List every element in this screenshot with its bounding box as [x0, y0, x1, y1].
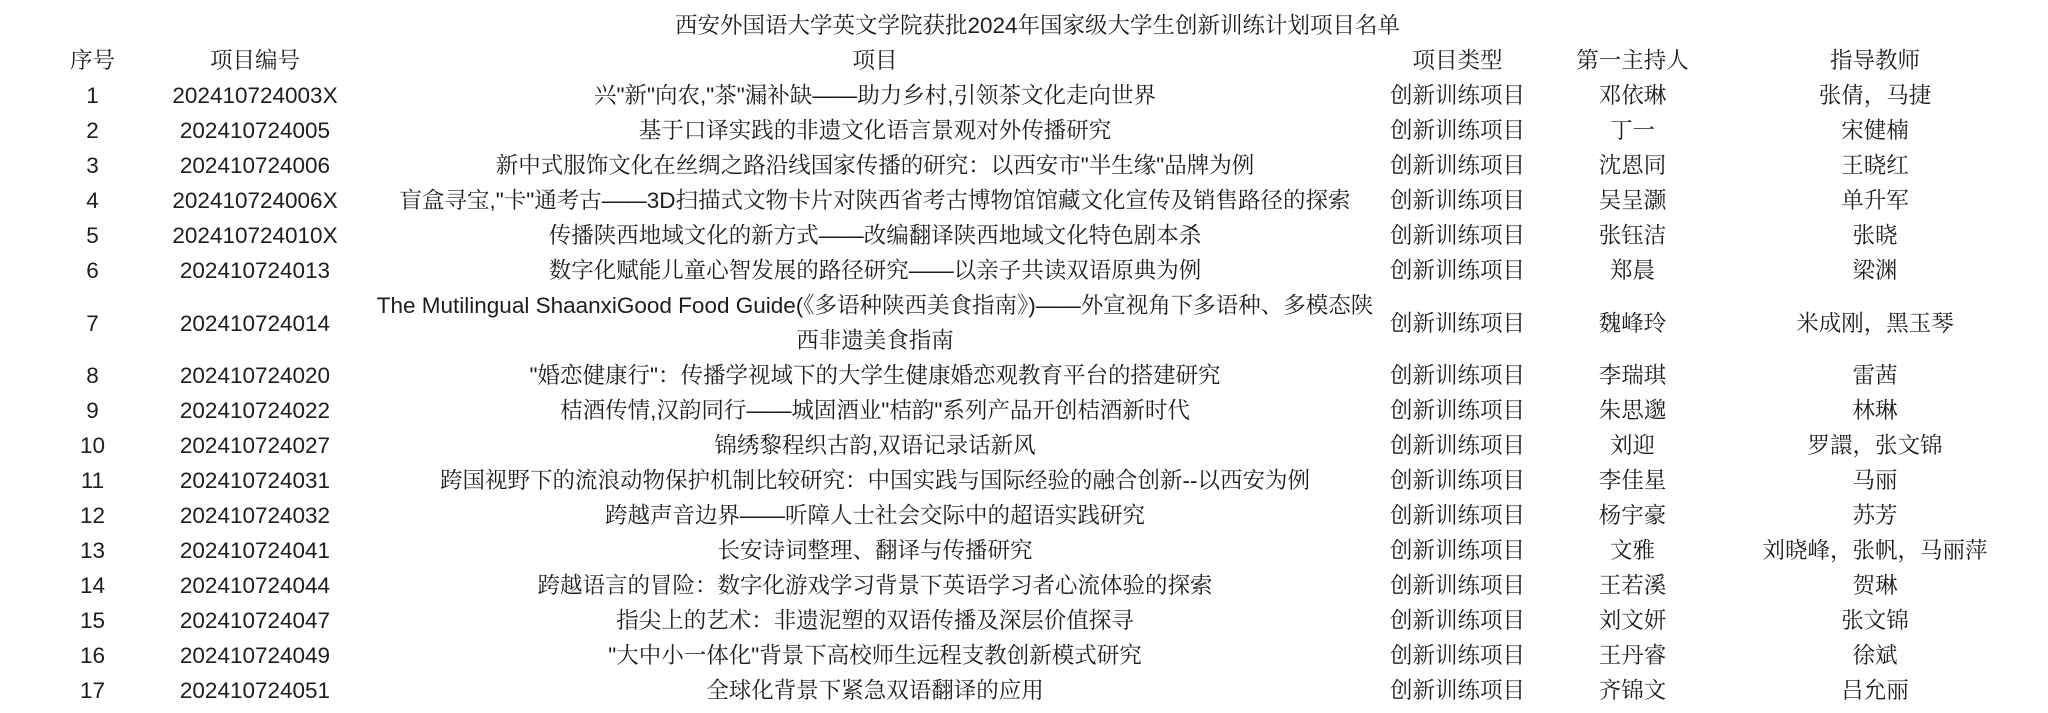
table-row: 14202410724044跨越语言的冒险：数字化游戏学习背景下英语学习者心流体…	[50, 568, 2025, 603]
project-type-cell: 创新训练项目	[1375, 428, 1540, 463]
header-project-type: 项目类型	[1375, 43, 1540, 78]
row-number-cell: 12	[50, 498, 135, 533]
first-host-cell: 李佳星	[1540, 463, 1725, 498]
advisor-cell: 宋健楠	[1725, 113, 2025, 148]
first-host-cell: 王若溪	[1540, 568, 1725, 603]
header-row-number: 序号	[50, 43, 135, 78]
document-page: 西安外国语大学英文学院获批2024年国家级大学生创新训练计划项目名单 序号 项目…	[0, 0, 2048, 708]
row-number-cell: 3	[50, 148, 135, 183]
page-title: 西安外国语大学英文学院获批2024年国家级大学生创新训练计划项目名单	[50, 8, 2025, 43]
advisor-cell: 米成刚，黑玉琴	[1725, 288, 2025, 358]
advisor-cell: 林琳	[1725, 393, 2025, 428]
project-type-cell: 创新训练项目	[1375, 498, 1540, 533]
project-id-cell: 202410724047	[135, 603, 375, 638]
project-name-cell: 锦绣黎程织古韵,双语记录话新风	[375, 428, 1375, 463]
table-row: 8202410724020"婚恋健康行"：传播学视域下的大学生健康婚恋观教育平台…	[50, 358, 2025, 393]
table-row: 7202410724014The Mutilingual ShaanxiGood…	[50, 288, 2025, 358]
project-id-cell: 202410724044	[135, 568, 375, 603]
project-id-cell: 202410724027	[135, 428, 375, 463]
project-id-cell: 202410724051	[135, 673, 375, 708]
table-row: 6202410724013数字化赋能儿童心智发展的路径研究——以亲子共读双语原典…	[50, 253, 2025, 288]
project-name-cell: "婚恋健康行"：传播学视域下的大学生健康婚恋观教育平台的搭建研究	[375, 358, 1375, 393]
projects-table-header: 序号 项目编号 项目 项目类型 第一主持人 指导教师	[50, 43, 2025, 78]
header-first-host: 第一主持人	[1540, 43, 1725, 78]
table-row: 11202410724031跨国视野下的流浪动物保护机制比较研究：中国实践与国际…	[50, 463, 2025, 498]
header-project-name: 项目	[375, 43, 1375, 78]
header-advisor: 指导教师	[1725, 43, 2025, 78]
project-type-cell: 创新训练项目	[1375, 673, 1540, 708]
project-id-cell: 202410724010X	[135, 218, 375, 253]
advisor-cell: 吕允丽	[1725, 673, 2025, 708]
advisor-cell: 张文锦	[1725, 603, 2025, 638]
project-name-cell: 跨越声音边界——听障人士社会交际中的超语实践研究	[375, 498, 1375, 533]
project-type-cell: 创新训练项目	[1375, 148, 1540, 183]
row-number-cell: 15	[50, 603, 135, 638]
project-name-cell: 基于口译实践的非遗文化语言景观对外传播研究	[375, 113, 1375, 148]
project-name-cell: 兴"新"向农,"茶"漏补缺——助力乡村,引领茶文化走向世界	[375, 78, 1375, 113]
project-id-cell: 202410724041	[135, 533, 375, 568]
row-number-cell: 11	[50, 463, 135, 498]
first-host-cell: 魏峰玲	[1540, 288, 1725, 358]
project-name-cell: "大中小一体化"背景下高校师生远程支教创新模式研究	[375, 638, 1375, 673]
advisor-cell: 罗譞，张文锦	[1725, 428, 2025, 463]
first-host-cell: 张钰洁	[1540, 218, 1725, 253]
project-id-cell: 202410724014	[135, 288, 375, 358]
project-name-cell: 指尖上的艺术：非遗泥塑的双语传播及深层价值探寻	[375, 603, 1375, 638]
table-row: 2202410724005基于口译实践的非遗文化语言景观对外传播研究创新训练项目…	[50, 113, 2025, 148]
table-row: 9202410724022桔酒传情,汉韵同行——城固酒业"桔韵"系列产品开创桔酒…	[50, 393, 2025, 428]
project-type-cell: 创新训练项目	[1375, 393, 1540, 428]
row-number-cell: 4	[50, 183, 135, 218]
project-name-cell: 新中式服饰文化在丝绸之路沿线国家传播的研究：以西安市"半生缘"品牌为例	[375, 148, 1375, 183]
row-number-cell: 5	[50, 218, 135, 253]
row-number-cell: 14	[50, 568, 135, 603]
projects-table: 序号 项目编号 项目 项目类型 第一主持人 指导教师 1202410724003…	[50, 43, 2025, 708]
table-row: 4202410724006X盲盒寻宝,"卡"通考古——3D扫描式文物卡片对陕西省…	[50, 183, 2025, 218]
project-type-cell: 创新训练项目	[1375, 638, 1540, 673]
first-host-cell: 郑晨	[1540, 253, 1725, 288]
table-row: 16202410724049"大中小一体化"背景下高校师生远程支教创新模式研究创…	[50, 638, 2025, 673]
project-name-cell: The Mutilingual ShaanxiGood Food Guide(《…	[375, 288, 1375, 358]
first-host-cell: 文雅	[1540, 533, 1725, 568]
row-number-cell: 9	[50, 393, 135, 428]
project-id-cell: 202410724006X	[135, 183, 375, 218]
table-row: 17202410724051全球化背景下紧急双语翻译的应用创新训练项目齐锦文吕允…	[50, 673, 2025, 708]
row-number-cell: 7	[50, 288, 135, 358]
project-name-cell: 跨国视野下的流浪动物保护机制比较研究：中国实践与国际经验的融合创新--以西安为例	[375, 463, 1375, 498]
first-host-cell: 刘文妍	[1540, 603, 1725, 638]
table-row: 10202410724027锦绣黎程织古韵,双语记录话新风创新训练项目刘迎罗譞，…	[50, 428, 2025, 463]
first-host-cell: 刘迎	[1540, 428, 1725, 463]
project-name-cell: 全球化背景下紧急双语翻译的应用	[375, 673, 1375, 708]
project-type-cell: 创新训练项目	[1375, 253, 1540, 288]
first-host-cell: 吴呈灏	[1540, 183, 1725, 218]
advisor-cell: 王晓红	[1725, 148, 2025, 183]
first-host-cell: 李瑞琪	[1540, 358, 1725, 393]
row-number-cell: 16	[50, 638, 135, 673]
project-type-cell: 创新训练项目	[1375, 463, 1540, 498]
project-type-cell: 创新训练项目	[1375, 113, 1540, 148]
first-host-cell: 朱思邈	[1540, 393, 1725, 428]
projects-table-body: 1202410724003X兴"新"向农,"茶"漏补缺——助力乡村,引领茶文化走…	[50, 78, 2025, 708]
advisor-cell: 单升军	[1725, 183, 2025, 218]
project-type-cell: 创新训练项目	[1375, 603, 1540, 638]
project-type-cell: 创新训练项目	[1375, 568, 1540, 603]
advisor-cell: 马丽	[1725, 463, 2025, 498]
row-number-cell: 13	[50, 533, 135, 568]
row-number-cell: 1	[50, 78, 135, 113]
project-id-cell: 202410724006	[135, 148, 375, 183]
table-row: 5202410724010X传播陕西地域文化的新方式——改编翻译陕西地域文化特色…	[50, 218, 2025, 253]
advisor-cell: 苏芳	[1725, 498, 2025, 533]
project-id-cell: 202410724022	[135, 393, 375, 428]
project-type-cell: 创新训练项目	[1375, 218, 1540, 253]
project-name-cell: 桔酒传情,汉韵同行——城固酒业"桔韵"系列产品开创桔酒新时代	[375, 393, 1375, 428]
first-host-cell: 齐锦文	[1540, 673, 1725, 708]
table-row: 3202410724006新中式服饰文化在丝绸之路沿线国家传播的研究：以西安市"…	[50, 148, 2025, 183]
project-id-cell: 202410724013	[135, 253, 375, 288]
project-type-cell: 创新训练项目	[1375, 358, 1540, 393]
project-name-cell: 数字化赋能儿童心智发展的路径研究——以亲子共读双语原典为例	[375, 253, 1375, 288]
advisor-cell: 贺琳	[1725, 568, 2025, 603]
project-name-cell: 传播陕西地域文化的新方式——改编翻译陕西地域文化特色剧本杀	[375, 218, 1375, 253]
table-row: 15202410724047指尖上的艺术：非遗泥塑的双语传播及深层价值探寻创新训…	[50, 603, 2025, 638]
table-row: 13202410724041长安诗词整理、翻译与传播研究创新训练项目文雅刘晓峰，…	[50, 533, 2025, 568]
project-type-cell: 创新训练项目	[1375, 288, 1540, 358]
table-row: 12202410724032跨越声音边界——听障人士社会交际中的超语实践研究创新…	[50, 498, 2025, 533]
advisor-cell: 雷茜	[1725, 358, 2025, 393]
table-row: 1202410724003X兴"新"向农,"茶"漏补缺——助力乡村,引领茶文化走…	[50, 78, 2025, 113]
advisor-cell: 徐斌	[1725, 638, 2025, 673]
project-type-cell: 创新训练项目	[1375, 78, 1540, 113]
row-number-cell: 8	[50, 358, 135, 393]
row-number-cell: 10	[50, 428, 135, 463]
project-id-cell: 202410724005	[135, 113, 375, 148]
project-id-cell: 202410724049	[135, 638, 375, 673]
header-row: 序号 项目编号 项目 项目类型 第一主持人 指导教师	[50, 43, 2025, 78]
advisor-cell: 张晓	[1725, 218, 2025, 253]
advisor-cell: 梁渊	[1725, 253, 2025, 288]
header-project-id: 项目编号	[135, 43, 375, 78]
first-host-cell: 王丹睿	[1540, 638, 1725, 673]
first-host-cell: 沈恩同	[1540, 148, 1725, 183]
row-number-cell: 6	[50, 253, 135, 288]
project-type-cell: 创新训练项目	[1375, 533, 1540, 568]
row-number-cell: 17	[50, 673, 135, 708]
project-name-cell: 长安诗词整理、翻译与传播研究	[375, 533, 1375, 568]
advisor-cell: 张倩，马捷	[1725, 78, 2025, 113]
first-host-cell: 杨宇豪	[1540, 498, 1725, 533]
project-id-cell: 202410724032	[135, 498, 375, 533]
project-name-cell: 盲盒寻宝,"卡"通考古——3D扫描式文物卡片对陕西省考古博物馆馆藏文化宣传及销售…	[375, 183, 1375, 218]
project-name-cell: 跨越语言的冒险：数字化游戏学习背景下英语学习者心流体验的探索	[375, 568, 1375, 603]
advisor-cell: 刘晓峰，张帆，马丽萍	[1725, 533, 2025, 568]
project-type-cell: 创新训练项目	[1375, 183, 1540, 218]
project-id-cell: 202410724003X	[135, 78, 375, 113]
first-host-cell: 丁一	[1540, 113, 1725, 148]
project-id-cell: 202410724031	[135, 463, 375, 498]
row-number-cell: 2	[50, 113, 135, 148]
project-id-cell: 202410724020	[135, 358, 375, 393]
first-host-cell: 邓依琳	[1540, 78, 1725, 113]
